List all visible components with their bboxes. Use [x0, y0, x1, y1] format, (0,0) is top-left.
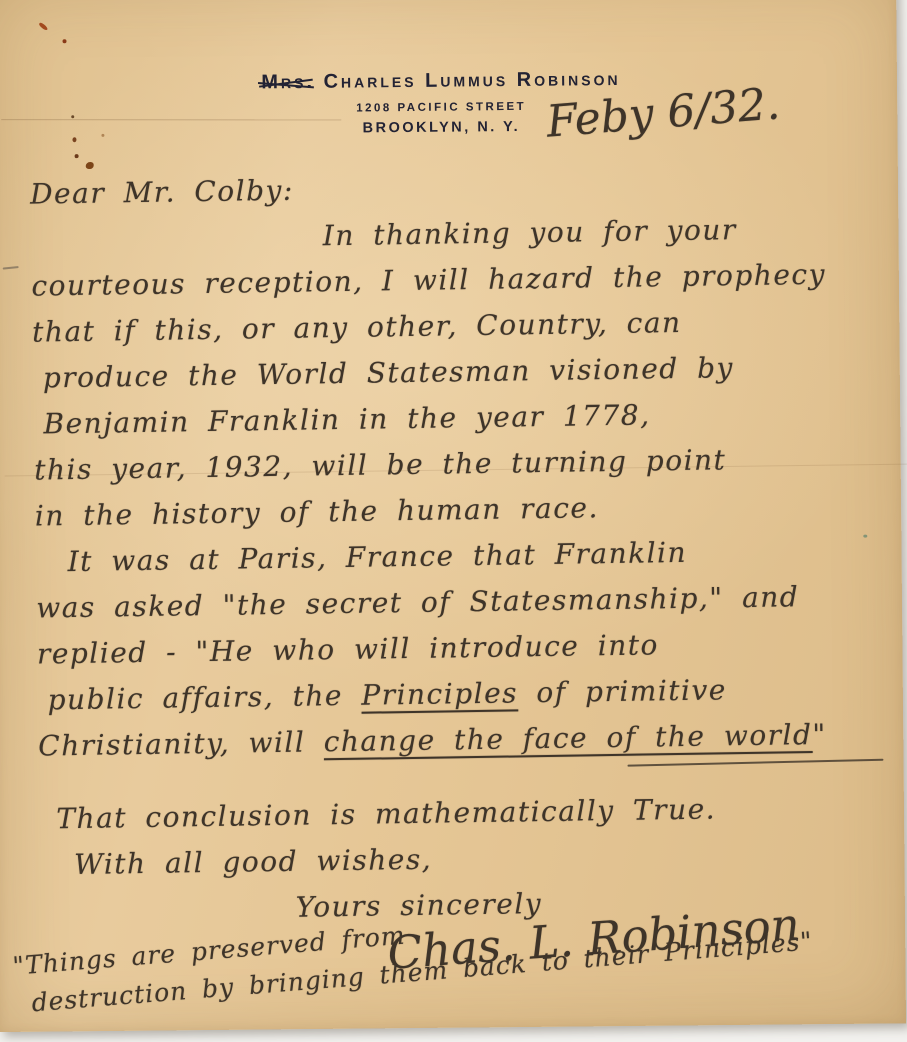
- letter-paper: Mrs. Charles Lummus Robinson 1208 PACIFI…: [0, 0, 906, 1032]
- foxing-spot: [101, 134, 104, 137]
- foxing-spot: [71, 115, 74, 118]
- line-segment: Christianity, will: [38, 725, 324, 762]
- underlined-phrase: change the face of the world: [323, 718, 812, 758]
- letterhead-name-line: Mrs. Charles Lummus Robinson: [251, 68, 631, 95]
- paper-crease: [1, 119, 341, 120]
- line-segment: public affairs, the: [47, 679, 361, 717]
- pencil-dash-mark: [3, 266, 19, 270]
- letterhead-prefix-struck: Mrs.: [261, 71, 315, 95]
- foxing-spot: [86, 162, 94, 169]
- letter-content: Mrs. Charles Lummus Robinson 1208 PACIFI…: [0, 0, 907, 1042]
- scanned-letter-page: { "letterhead": { "prefix": "Mrs.", "pre…: [0, 0, 907, 1042]
- line-segment: ": [812, 718, 827, 751]
- foxing-spot: [75, 154, 79, 158]
- ink-speck: [863, 535, 867, 538]
- foxing-spot: [72, 137, 76, 142]
- underlined-phrase: Principles: [361, 676, 518, 711]
- line-segment: of primitive: [518, 673, 727, 709]
- foxing-spot: [38, 22, 48, 31]
- letter-body: Dear Mr. Colby:In thanking you for yourc…: [24, 159, 907, 935]
- letterhead-name: Charles Lummus Robinson: [323, 68, 620, 93]
- foxing-spot: [62, 39, 66, 43]
